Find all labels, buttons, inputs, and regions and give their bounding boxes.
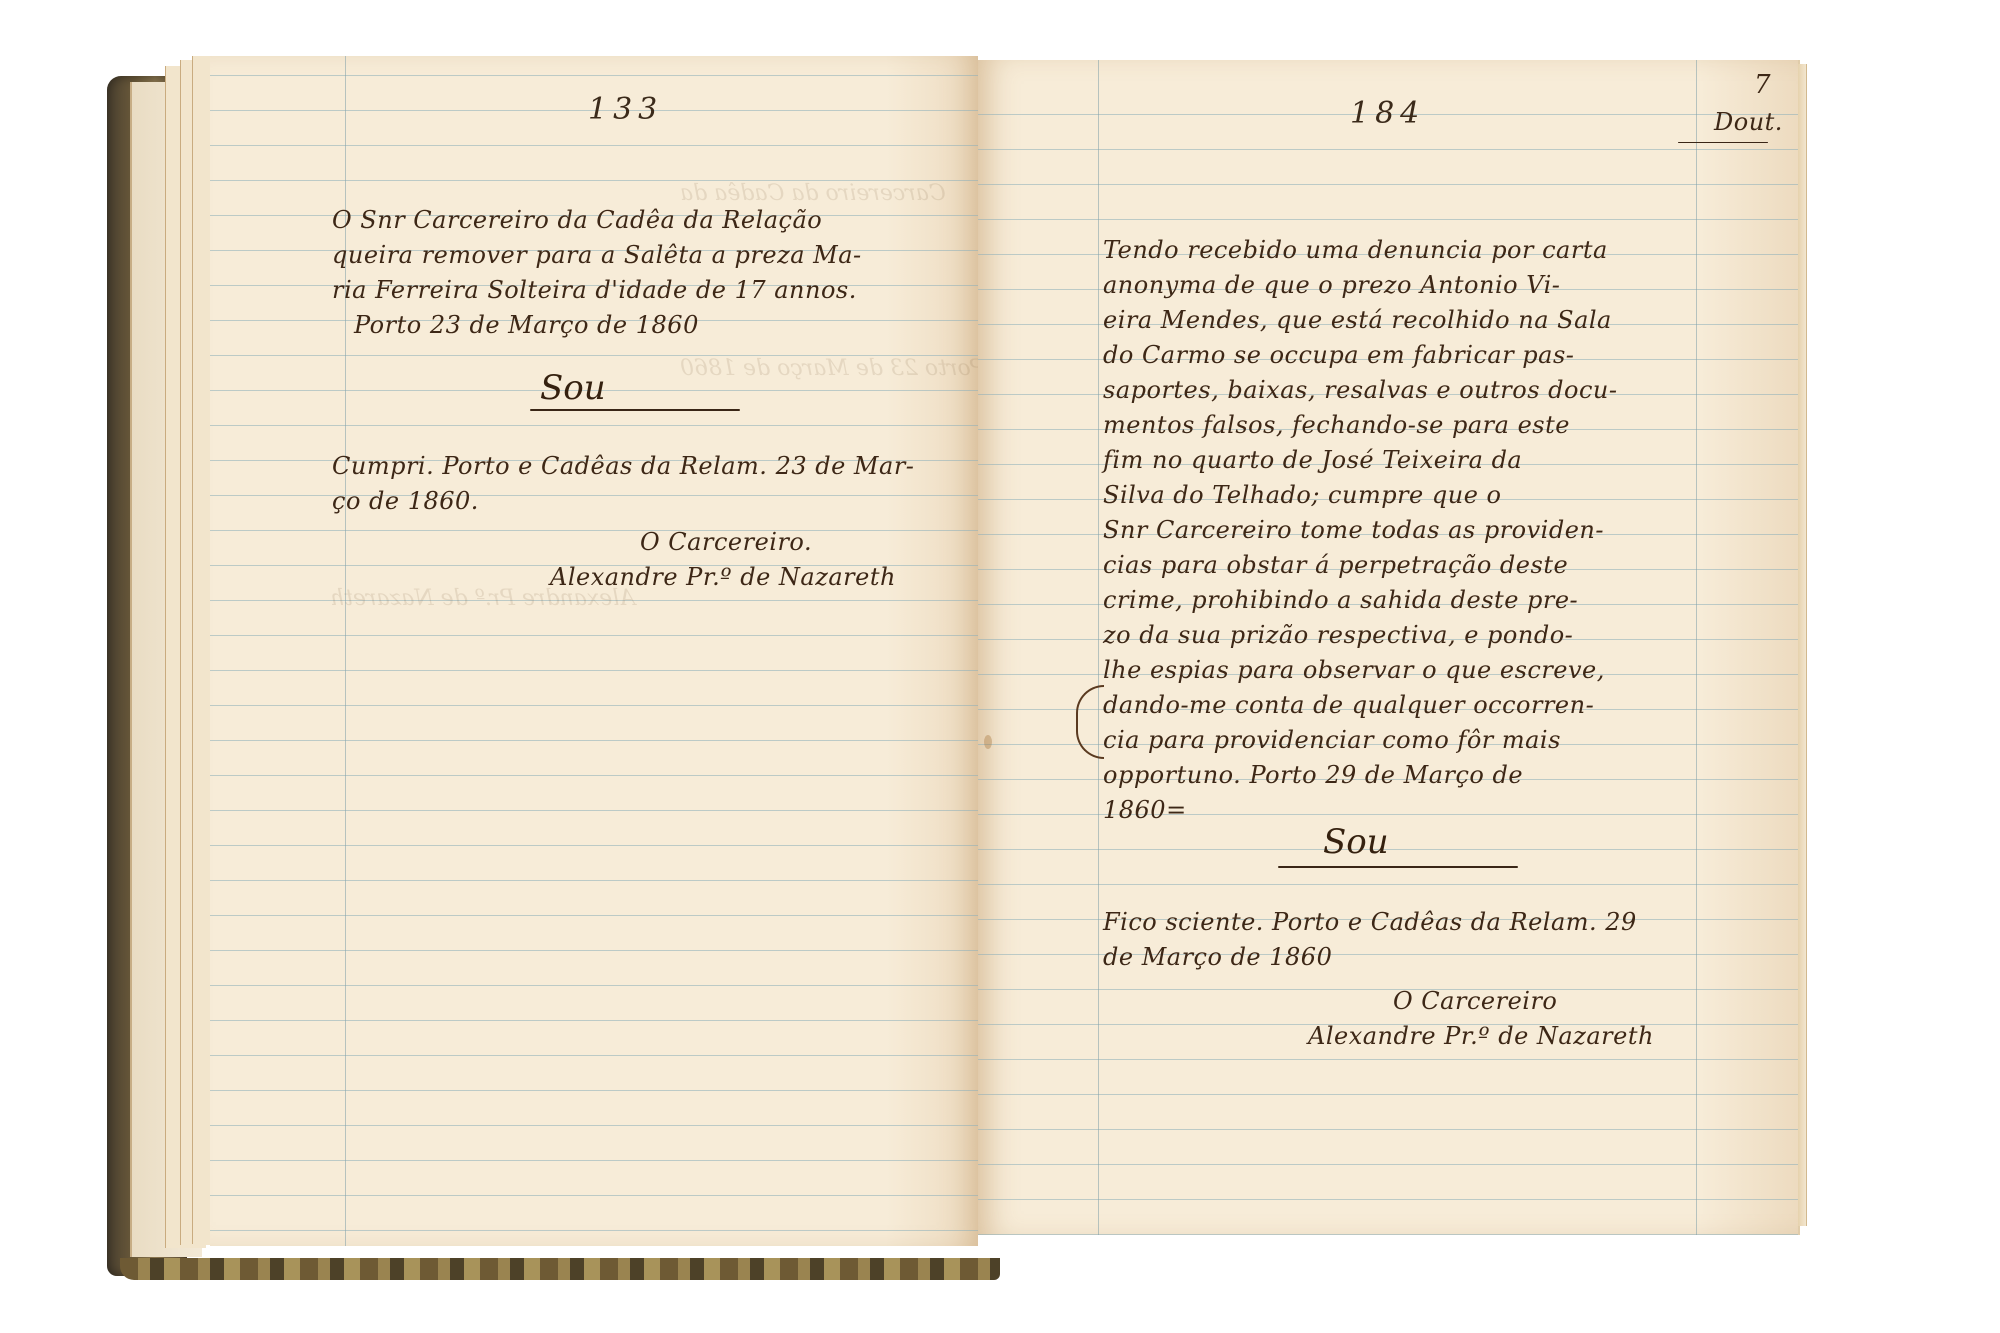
right-page: 184 7 Dout. Tendo recebido uma denuncia … [978, 60, 1800, 1235]
book-cover-bottom-edge [120, 1258, 1000, 1280]
page-number: 184 [1350, 96, 1425, 131]
entry-text: Fico sciente. Porto e Cadêas da Relam. 2… [1103, 905, 1637, 975]
text-line: crime, prohibindo a sahida deste pre- [1103, 583, 1617, 618]
folio-number: 7 [1754, 70, 1771, 100]
text-line: dando-me conta de qualquer occorren- [1103, 688, 1617, 723]
text-line: Fico sciente. Porto e Cadêas da Relam. 2… [1103, 905, 1637, 940]
signer-title: O Carcereiro [1393, 987, 1557, 1015]
text-line: ria Ferreira Solteira d'idade de 17 anno… [332, 273, 862, 308]
entry-text: Cumpri. Porto e Cadêas da Relam. 23 de M… [332, 449, 914, 519]
entry-text: O Snr Carcereiro da Cadêa da Relação que… [332, 203, 862, 343]
text-line: cias para obstar á perpetração deste [1103, 548, 1617, 583]
open-ledger-book: Carcereiro da Cadêa da Porto 23 de Março… [0, 0, 2000, 1333]
signature-flourish [1278, 866, 1518, 868]
entry-text: Tendo recebido uma denuncia por carta an… [1103, 233, 1617, 828]
corner-annotation: Dout. [1714, 108, 1783, 136]
page-number: 133 [588, 92, 663, 127]
text-line: anonyma de que o prezo Antonio Vi- [1103, 268, 1617, 303]
text-line: do Carmo se occupa em fabricar pas- [1103, 338, 1617, 373]
signature: Sou [1323, 822, 1389, 862]
text-line: de Março de 1860 [1103, 940, 1637, 975]
text-line: Snr Carcereiro tome todas as providen- [1103, 513, 1617, 548]
signature: Alexandre Pr.º de Nazareth [550, 563, 896, 591]
text-line: Cumpri. Porto e Cadêas da Relam. 23 de M… [332, 449, 914, 484]
margin-rule [1098, 60, 1099, 1235]
text-line: eira Mendes, que está recolhido na Sala [1103, 303, 1617, 338]
signature-flourish [530, 409, 740, 411]
text-line: Silva do Telhado; cumpre que o [1103, 478, 1617, 513]
text-line: saportes, baixas, resalvas e outros docu… [1103, 373, 1617, 408]
signature: Sou [540, 368, 606, 408]
text-line: ço de 1860. [332, 484, 914, 519]
text-line: cia para providenciar como fôr mais [1103, 723, 1617, 758]
text-line: Tendo recebido uma denuncia por carta [1103, 233, 1617, 268]
text-line: opportuno. Porto 29 de Março de [1103, 758, 1617, 793]
text-line: Porto 23 de Março de 1860 [332, 308, 862, 343]
text-line: zo da sua prizão respectiva, e pondo- [1103, 618, 1617, 653]
text-line: O Snr Carcereiro da Cadêa da Relação [332, 203, 862, 238]
text-line: mentos falsos, fechando-se para este [1103, 408, 1617, 443]
signer-title: O Carcereiro. [640, 528, 812, 556]
ink-stain [984, 735, 992, 749]
text-line: fim no quarto de José Teixeira da [1103, 443, 1617, 478]
page-stack-edge-right [1798, 64, 1807, 1226]
text-line: queira remover para a Salêta a preza Ma- [332, 238, 862, 273]
signature: Alexandre Pr.º de Nazareth [1308, 1022, 1654, 1050]
text-line: lhe espias para observar o que escreve, [1103, 653, 1617, 688]
left-page: Carcereiro da Cadêa da Porto 23 de Março… [210, 56, 978, 1246]
margin-rule [1696, 60, 1697, 1235]
annotation-underline [1678, 142, 1768, 143]
bleed-through-text: Porto 23 de Março de 1860 [680, 356, 978, 381]
